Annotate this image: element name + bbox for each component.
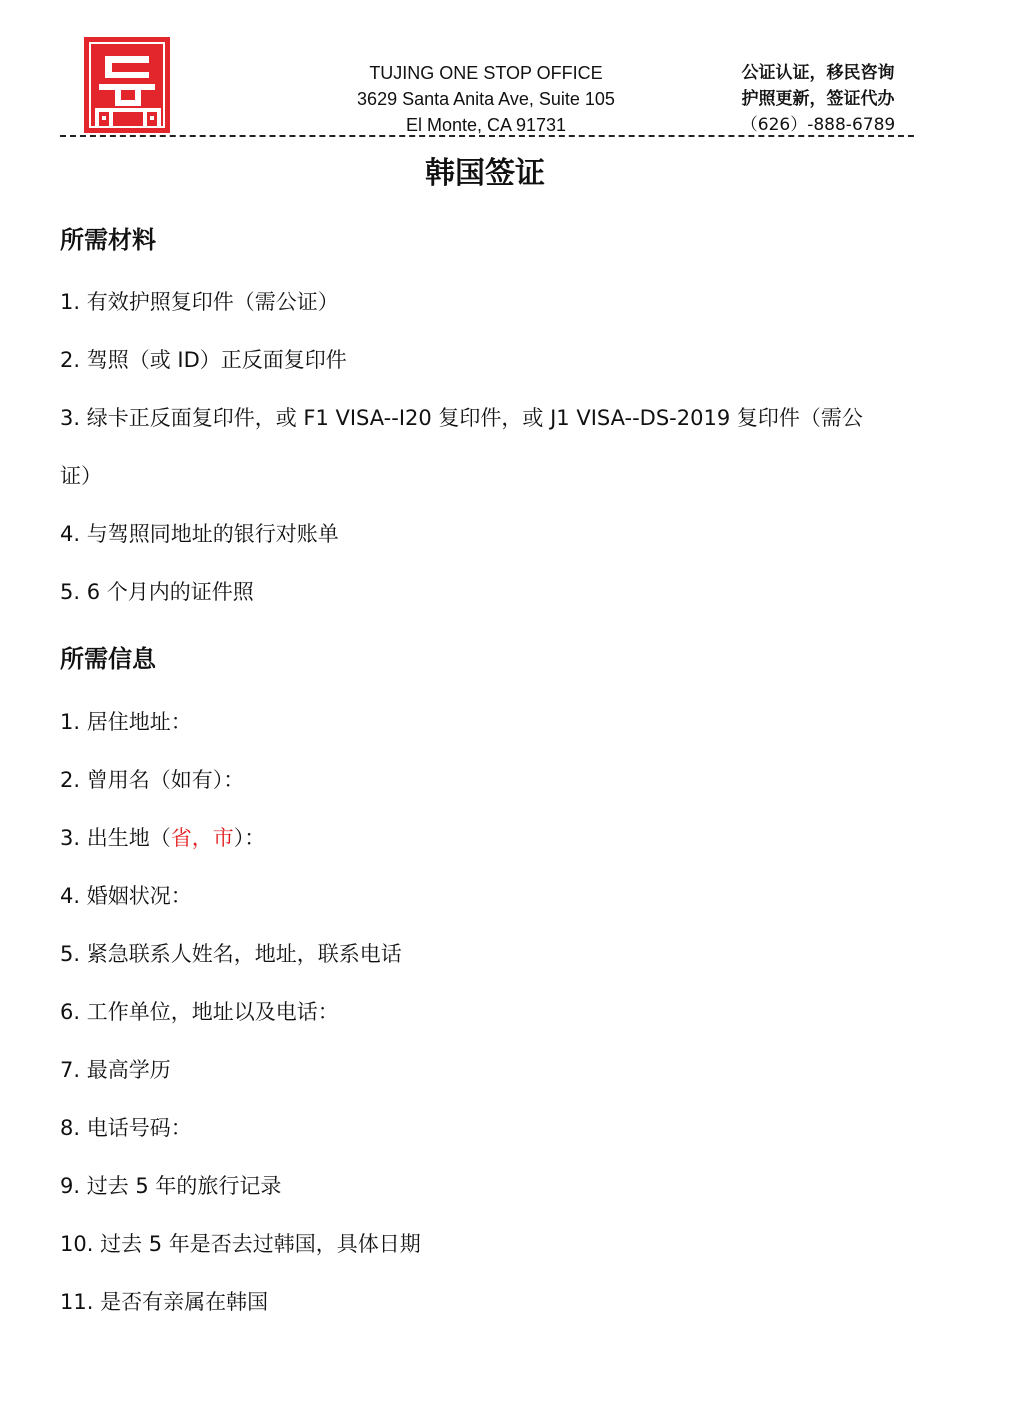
info-item: 6. 工作单位，地址以及电话： [60, 996, 339, 1026]
material-item: 3. 绿卡正反面复印件，或 F1 VISA--I20 复印件，或 J1 VISA… [60, 402, 863, 432]
info-item: 9. 过去 5 年的旅行记录 [60, 1170, 281, 1200]
birthplace-label: 3. 出生地（ [60, 826, 171, 850]
info-item: 4. 婚姻状况： [60, 880, 192, 910]
material-item: 1. 有效护照复印件（需公证） [60, 286, 339, 316]
material-item-continued: 证） [60, 460, 102, 490]
info-item: 5. 紧急联系人姓名，地址，联系电话 [60, 938, 402, 968]
info-item: 11. 是否有亲属在韩国 [60, 1286, 268, 1316]
info-item-birthplace: 3. 出生地（省，市）： [60, 822, 265, 852]
info-item: 1. 居住地址： [60, 706, 192, 736]
header-divider [60, 135, 914, 137]
address-line-1: 3629 Santa Anita Ave, Suite 105 [300, 86, 672, 112]
birthplace-highlight: 省，市 [171, 826, 234, 850]
info-item: 8. 电话号码： [60, 1112, 192, 1142]
birthplace-suffix: ）： [234, 826, 266, 850]
document-title: 韩国签证 [0, 148, 970, 192]
company-name: TUJING ONE STOP OFFICE [300, 60, 672, 86]
info-item: 7. 最高学历 [60, 1054, 171, 1084]
materials-heading: 所需材料 [60, 220, 156, 255]
services-line-1: 公证认证，移民咨询 [700, 60, 936, 86]
material-item: 4. 与驾照同地址的银行对账单 [60, 518, 339, 548]
services-line-2: 护照更新，签证代办 [700, 86, 936, 112]
info-item: 2. 曾用名（如有）： [60, 764, 244, 794]
office-info: TUJING ONE STOP OFFICE 3629 Santa Anita … [300, 60, 672, 138]
services-info: 公证认证，移民咨询 护照更新，签证代办 （626）-888-6789 [700, 60, 936, 138]
material-item: 2. 驾照（或 ID）正反面复印件 [60, 344, 347, 374]
info-item: 10. 过去 5 年是否去过韩国，具体日期 [60, 1228, 421, 1258]
info-heading: 所需信息 [60, 639, 156, 674]
red-seal-logo [84, 37, 170, 133]
material-item: 5. 6 个月内的证件照 [60, 576, 254, 606]
